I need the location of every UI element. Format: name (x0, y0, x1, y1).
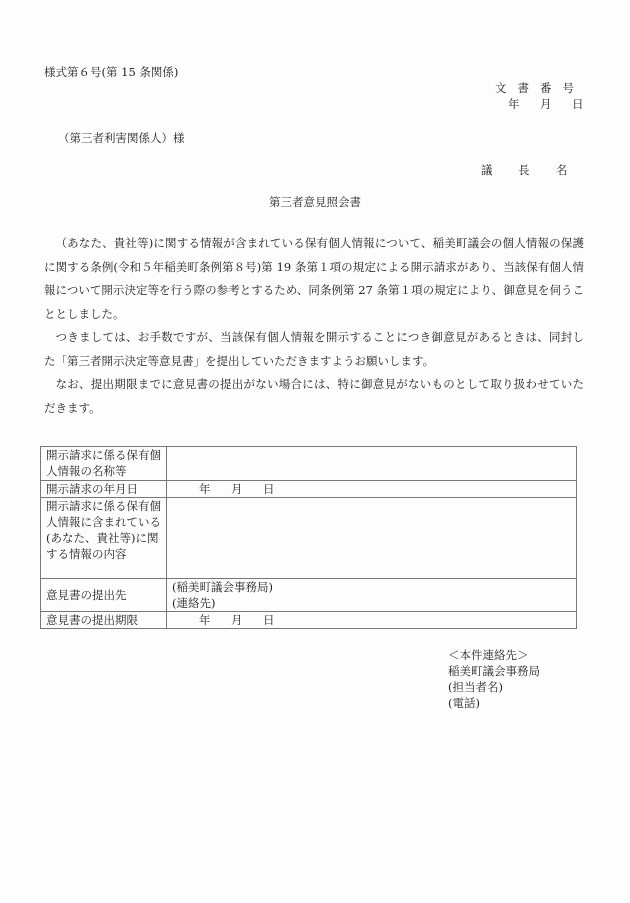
deadline-value: 年月日 (167, 612, 577, 629)
sender-name: 議長名 (481, 162, 568, 178)
contact-heading: ＜本件連絡先＞ (448, 647, 540, 663)
table-row: 開示請求に係る保有個人情報の名称等 (41, 447, 577, 481)
date-month: 月 (540, 96, 572, 112)
destination-line: (稲美町議会事務局) (172, 579, 571, 595)
sender-char: 名 (556, 162, 568, 178)
sender-char: 長 (518, 162, 556, 178)
day: 日 (263, 481, 275, 497)
contact-block: ＜本件連絡先＞ 稲美町議会事務局 (担当者名) (電話) (448, 647, 540, 711)
date-day: 日 (572, 96, 584, 112)
destination-line: (連絡先) (172, 595, 571, 611)
month: 月 (231, 481, 263, 497)
paragraph: （あなた、貴社等)に関する情報が含まれている保有個人情報について、稲美町議会の個… (44, 232, 584, 326)
document-number-label: 文書番号 (495, 80, 585, 96)
request-date-value: 年月日 (167, 481, 577, 498)
sender-char: 議 (481, 162, 518, 178)
row-label: 意見書の提出期限 (41, 612, 167, 629)
row-label: 開示請求に係る保有個人情報に含まれている(あなた、貴社等)に関する情報の内容 (41, 498, 167, 579)
year: 年 (199, 612, 231, 628)
day: 日 (263, 612, 275, 628)
table-row: 開示請求の年月日 年月日 (41, 481, 577, 498)
info-table: 開示請求に係る保有個人情報の名称等 開示請求の年月日 年月日 開示請求に係る保有… (40, 446, 577, 629)
document-title: 第三者意見照会書 (0, 194, 630, 210)
contact-office: 稲美町議会事務局 (448, 663, 540, 679)
row-value (167, 498, 577, 579)
recipient: （第三者利害関係人）様 (58, 130, 185, 146)
submission-destination: (稲美町議会事務局) (連絡先) (167, 579, 577, 612)
contact-person: (担当者名) (448, 679, 540, 695)
date-year: 年 (508, 96, 540, 112)
row-label: 開示請求の年月日 (41, 481, 167, 498)
paragraph: なお、提出期限までに意見書の提出がない場合には、特に御意見がないものとして取り扱… (44, 373, 584, 420)
month: 月 (231, 612, 263, 628)
table-row: 開示請求に係る保有個人情報に含まれている(あなた、貴社等)に関する情報の内容 (41, 498, 577, 579)
form-number: 様式第６号(第 15 条関係) (44, 64, 178, 80)
year: 年 (199, 481, 231, 497)
paragraph: つきましては、お手数ですが、当該保有個人情報を開示することにつき御意見があるとき… (44, 326, 584, 373)
table-row: 意見書の提出期限 年月日 (41, 612, 577, 629)
document-date: 年月日 (508, 96, 584, 112)
body-text: （あなた、貴社等)に関する情報が含まれている保有個人情報について、稲美町議会の個… (44, 232, 584, 420)
contact-phone: (電話) (448, 695, 540, 711)
row-label: 開示請求に係る保有個人情報の名称等 (41, 447, 167, 481)
table-row: 意見書の提出先 (稲美町議会事務局) (連絡先) (41, 579, 577, 612)
row-value (167, 447, 577, 481)
row-label: 意見書の提出先 (41, 579, 167, 612)
